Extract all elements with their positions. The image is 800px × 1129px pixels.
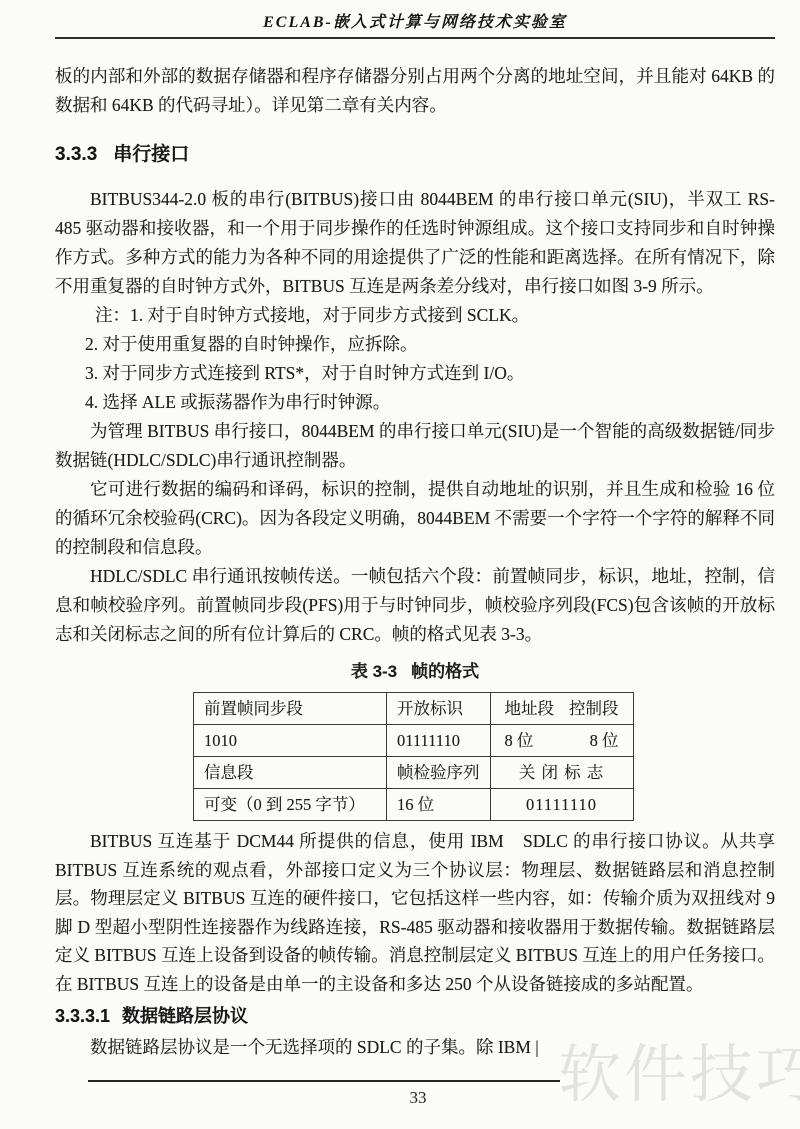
- table-cell: 8 位 8 位: [490, 725, 633, 757]
- table-cell: 16 位: [387, 789, 491, 821]
- table-row: 可变（0 到 255 字节） 16 位 01111110: [194, 789, 634, 821]
- page-number: 33: [378, 1088, 458, 1108]
- document-body: 板的内部和外部的数据存储器和程序存储器分别占用两个分离的地址空间，并且能对 64…: [55, 62, 775, 1062]
- table-cell-right: 控制段: [569, 694, 619, 723]
- note-line-4: 4. 选择 ALE 或振荡器作为串行时钟源。: [55, 388, 775, 417]
- note-line-1: 注：1. 对于自时钟方式接地，对于同步方式接到 SCLK。: [55, 301, 775, 330]
- section-title: 数据链路层协议: [122, 1006, 248, 1026]
- header-divider: [55, 37, 775, 39]
- page-content: ECLAB-嵌入式计算与网络技术实验室 板的内部和外部的数据存储器和程序存储器分…: [55, 0, 775, 1062]
- table-cell: 01111110: [490, 789, 633, 821]
- table-cell: 关 闭 标 志: [490, 757, 633, 789]
- table-row: 信息段 帧检验序列 关 闭 标 志: [194, 757, 634, 789]
- table-cell-right: 8 位: [590, 726, 619, 755]
- section-number: 3.3.3: [55, 144, 97, 165]
- paragraph-continuation: 板的内部和外部的数据存储器和程序存储器分别占用两个分离的地址空间，并且能对 64…: [55, 62, 775, 120]
- paragraph-frame: HDLC/SDLC 串行通讯按帧传送。一帧包括六个段：前置帧同步，标识，地址，控…: [55, 562, 775, 649]
- table-cell: 地址段 控制段: [490, 693, 633, 725]
- table-cell: 开放标识: [387, 693, 491, 725]
- section-title: 串行接口: [113, 144, 189, 165]
- table-caption-number: 表 3-3: [351, 662, 397, 681]
- table-cell: 01111110: [387, 725, 491, 757]
- frame-format-table: 前置帧同步段 开放标识 地址段 控制段 1010 01111110: [193, 692, 634, 821]
- note-line-3: 3. 对于同步方式连接到 RTS*，对于自时钟方式连到 I/O。: [55, 359, 775, 388]
- table-cell: 信息段: [194, 757, 387, 789]
- note-line-2: 2. 对于使用重复器的自时钟操作，应拆除。: [55, 330, 775, 359]
- table-row: 前置帧同步段 开放标识 地址段 控制段: [194, 693, 634, 725]
- paragraph-serial-interface: BITBUS344-2.0 板的串行(BITBUS)接口由 8044BEM 的串…: [55, 185, 775, 301]
- document-page: ECLAB-嵌入式计算与网络技术实验室 板的内部和外部的数据存储器和程序存储器分…: [0, 0, 800, 1129]
- table-cell: 可变（0 到 255 字节）: [194, 789, 387, 821]
- paragraph-protocol-layers: BITBUS 互连基于 DCM44 所提供的信息，使用 IBM SDLC 的串行…: [55, 827, 775, 998]
- section-heading-3-3-3: 3.3.3串行接口: [55, 140, 775, 169]
- table-cell: 帧检验序列: [387, 757, 491, 789]
- watermark-text: 软件技巧: [558, 1024, 800, 1115]
- table-cell: 1010: [194, 725, 387, 757]
- table-cell: 前置帧同步段: [194, 693, 387, 725]
- section-number: 3.3.3.1: [55, 1006, 110, 1026]
- paragraph-siu: 为管理 BITBUS 串行接口，8044BEM 的串行接口单元(SIU)是一个智…: [55, 417, 775, 475]
- footer-divider: [88, 1080, 560, 1082]
- table-cell-left: 地址段: [505, 694, 555, 723]
- page-header-title: ECLAB-嵌入式计算与网络技术实验室: [55, 0, 775, 32]
- paragraph-crc: 它可进行数据的编码和译码，标识的控制，提供自动地址的识别，并且生成和检验 16 …: [55, 475, 775, 562]
- table-cell-left: 8 位: [505, 726, 534, 755]
- table-caption-title: 帧的格式: [411, 662, 479, 681]
- table-row: 1010 01111110 8 位 8 位: [194, 725, 634, 757]
- table-caption: 表 3-3帧的格式: [55, 657, 775, 686]
